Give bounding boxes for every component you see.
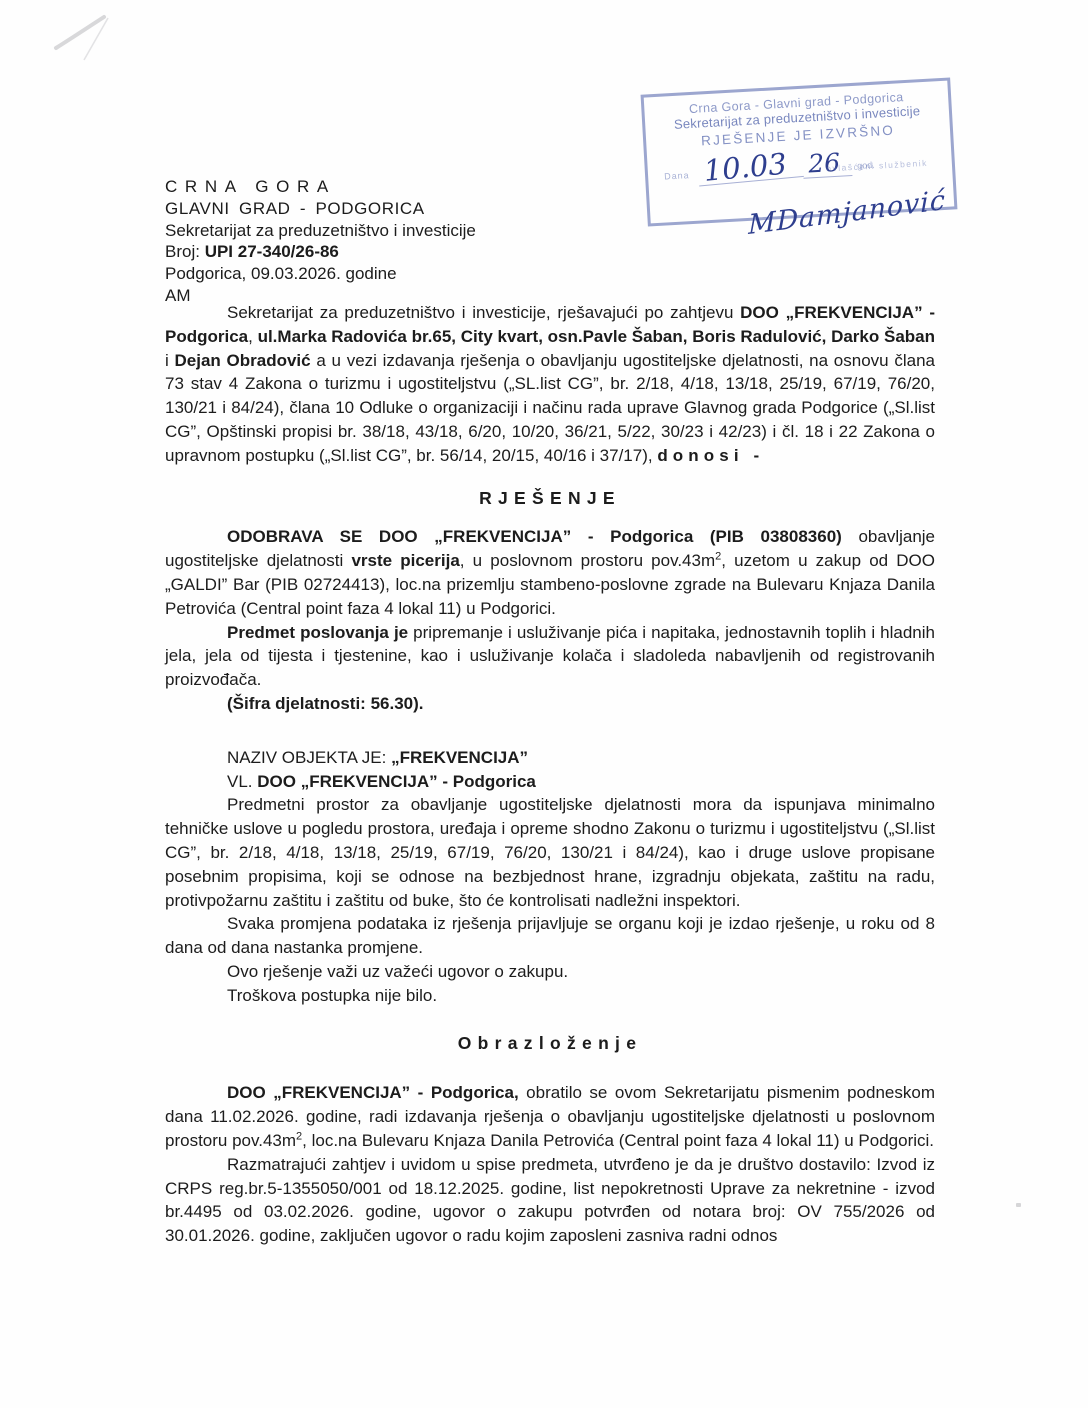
paragraph-razmatranje: Razmatrajući zahtjev i uvidom u spise pr…	[165, 1153, 935, 1248]
paragraph-promjena-podataka: Svaka promjena podataka iz rješenja prij…	[165, 912, 935, 960]
reference-number: UPI 27-340/26-86	[205, 242, 339, 261]
reference-label: Broj:	[165, 242, 205, 261]
line-ugovor-o-zakupu: Ovo rješenje važi uz važeći ugovor o zak…	[165, 960, 935, 984]
paragraph-odobrava: ODOBRAVA SE DOO „FREKVENCIJA” - Podgoric…	[165, 525, 935, 620]
heading-rjesenje: RJEŠENJE	[165, 487, 935, 511]
stamp-date-label: Dana	[664, 170, 690, 186]
paragraph-minimalni-uslovi: Predmetni prostor za obavljanje ugostite…	[165, 793, 935, 912]
letterhead-place-date: Podgorica, 09.03.2026. godine	[165, 263, 476, 285]
letterhead: CRNA GORA GLAVNI GRAD - PODGORICA Sekret…	[165, 176, 476, 307]
letterhead-country: CRNA GORA	[165, 176, 476, 198]
letterhead-city: GLAVNI GRAD - PODGORICA	[165, 198, 476, 220]
document-body: Sekretarijat za preduzetništvo i investi…	[165, 301, 935, 1248]
pen-scratch-mark	[38, 4, 148, 64]
line-troskovi: Troškova postupka nije bilo.	[165, 984, 935, 1008]
letterhead-department: Sekretarijat za preduzetništvo i investi…	[165, 220, 476, 242]
scanned-document-page: Crna Gora - Glavni grad - Podgorica Sekr…	[0, 0, 1088, 1408]
paragraph-intro: Sekretarijat za preduzetništvo i investi…	[165, 301, 935, 468]
signature: MDamjanović	[748, 185, 946, 241]
line-naziv-objekta: NAZIV OBJEKTA JE: „FREKVENCIJA”	[227, 746, 935, 770]
object-name-block: NAZIV OBJEKTA JE: „FREKVENCIJA” VL. DOO …	[227, 746, 935, 794]
paragraph-obracanje: DOO „FREKVENCIJA” - Podgorica, obratilo …	[165, 1081, 935, 1152]
line-sifra-djelatnosti: (Šifra djelatnosti: 56.30).	[165, 692, 935, 716]
scan-speck	[1016, 1203, 1021, 1207]
line-vlasnik: VL. DOO „FREKVENCIJA” - Podgorica	[227, 770, 935, 794]
letterhead-reference: Broj: UPI 27-340/26-86	[165, 241, 476, 263]
paragraph-predmet-poslovanja: Predmet poslovanja je pripremanje i uslu…	[165, 621, 935, 692]
heading-obrazlozenje: Obrazloženje	[165, 1032, 935, 1056]
execution-stamp: Crna Gora - Glavni grad - Podgorica Sekr…	[641, 77, 958, 226]
stamp-handwritten-day-month: 10.03	[696, 149, 803, 186]
